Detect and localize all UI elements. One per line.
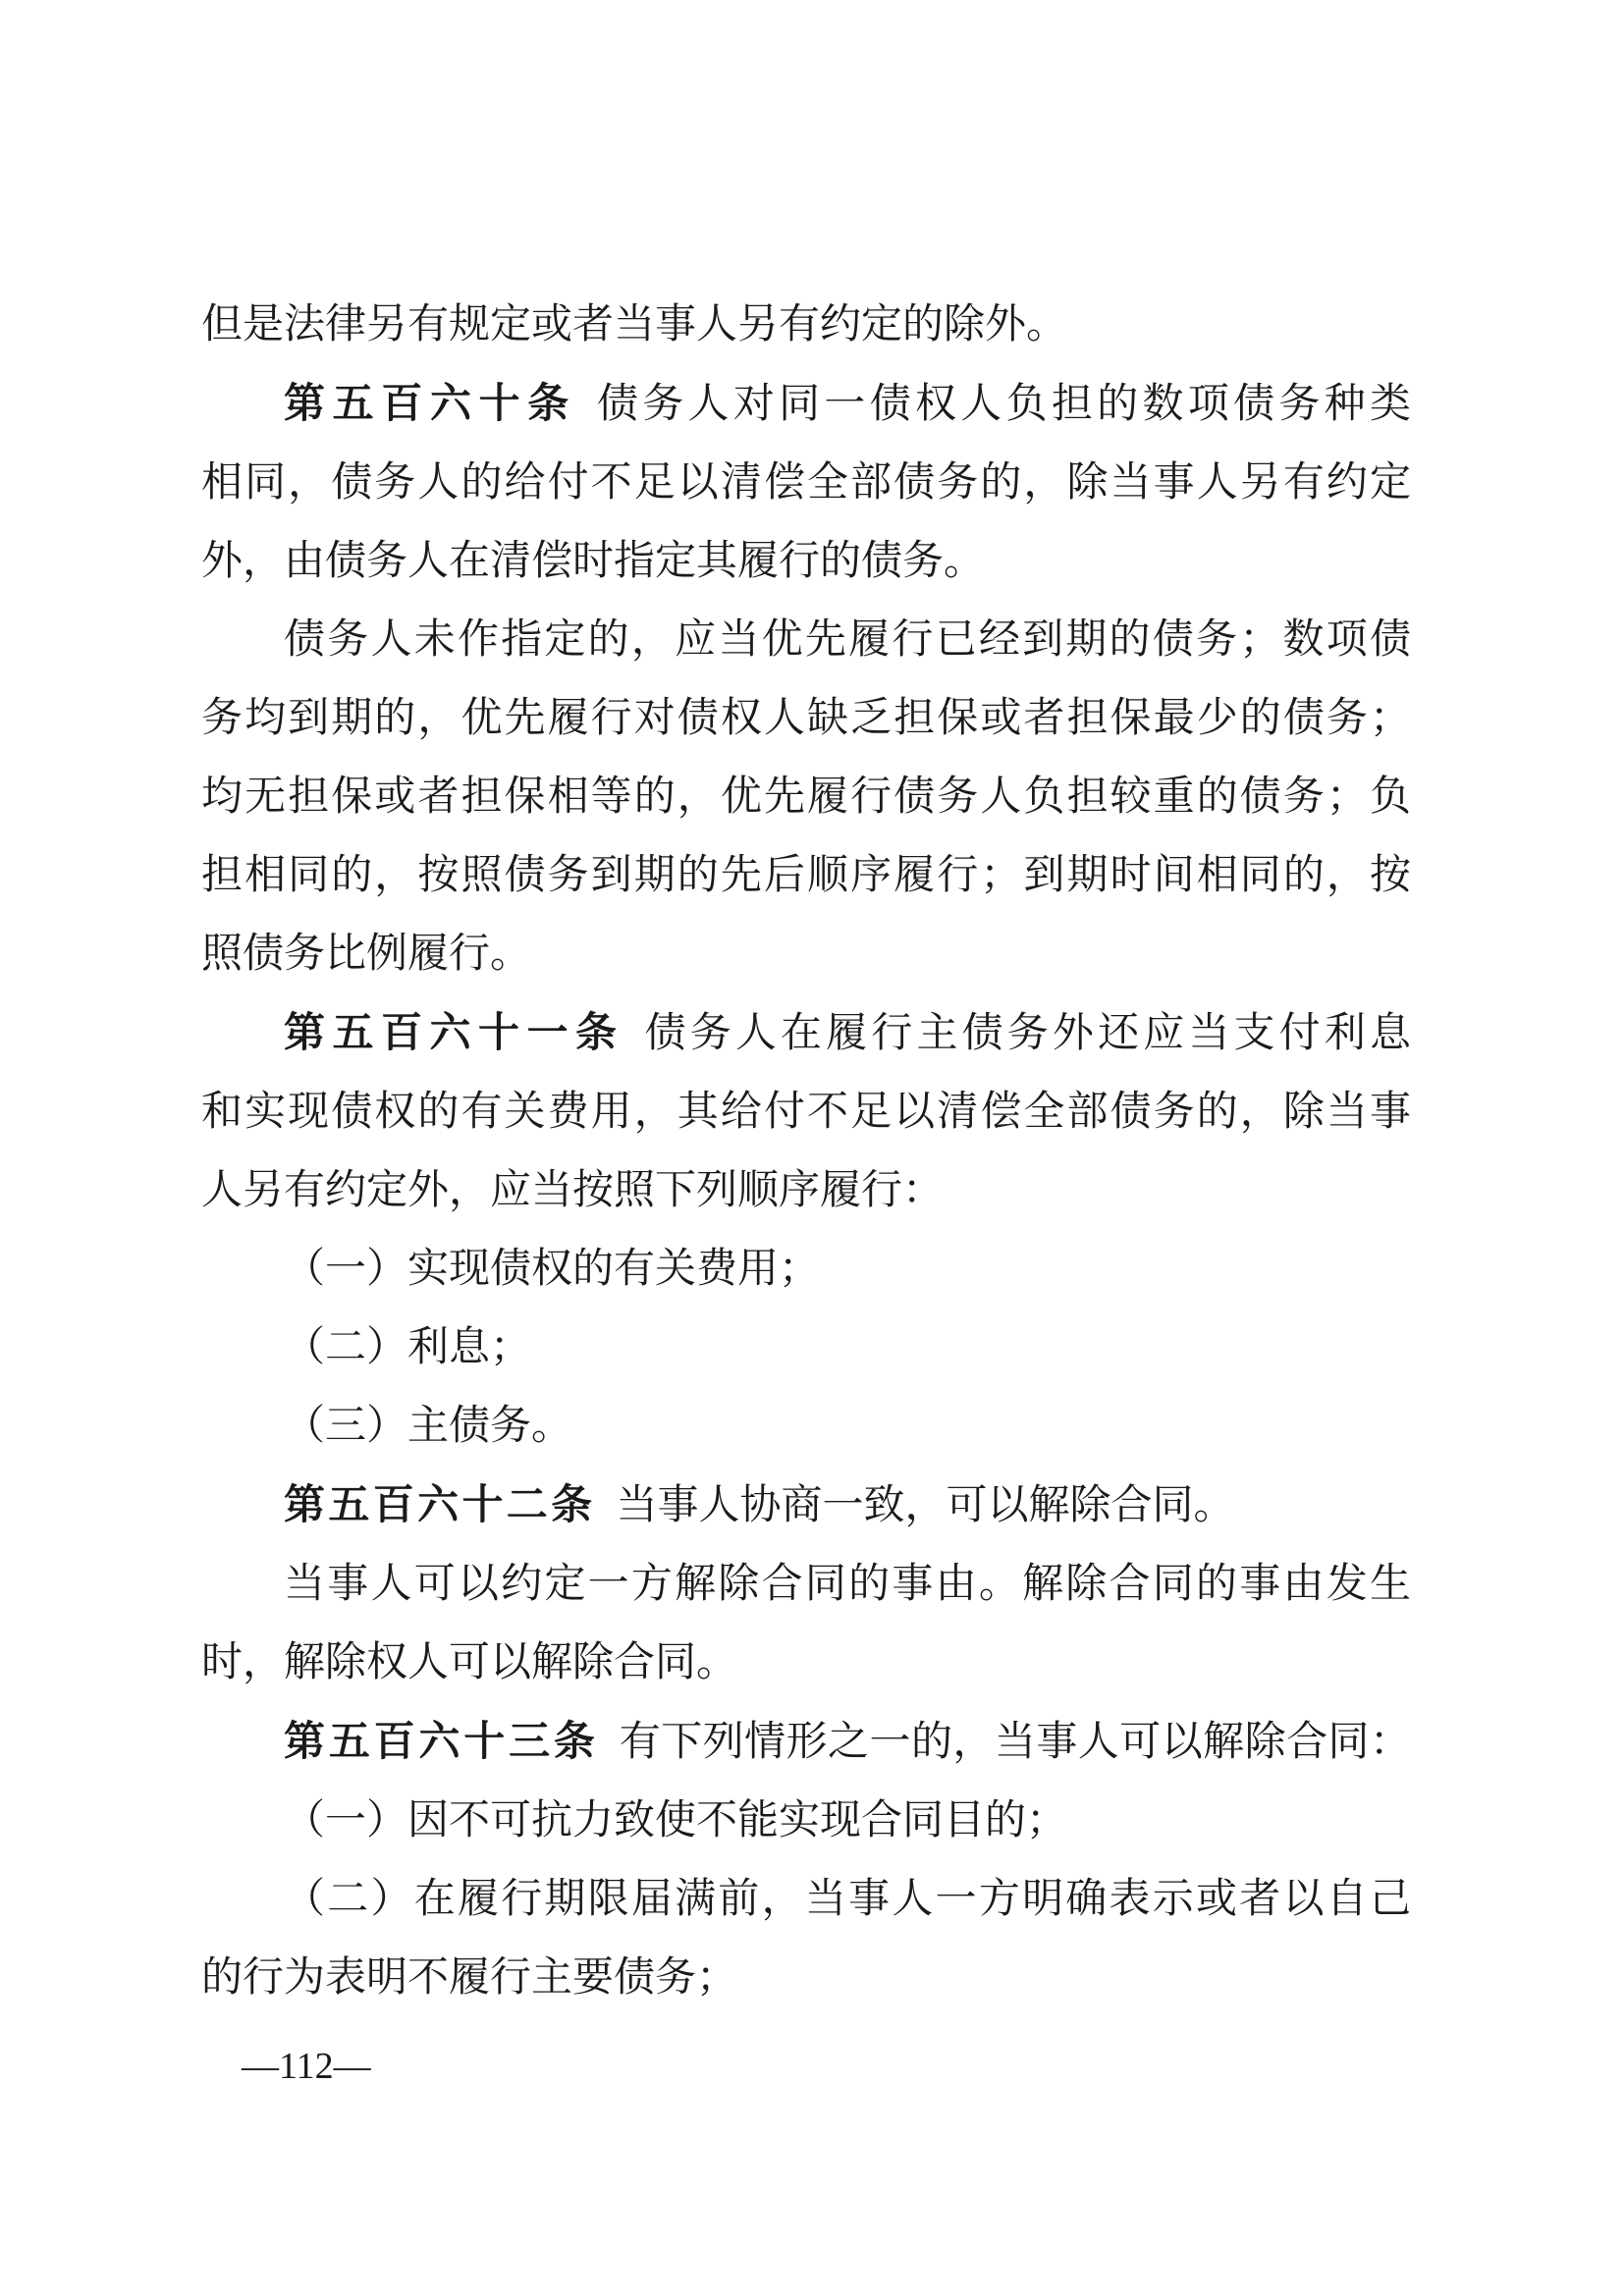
- line-text: 务均到期的，优先履行对债权人缺乏担保或者担保最少的债务；: [201, 696, 1411, 741]
- line-text: 相同，债务人的给付不足以清偿全部债务的，除当事人另有约定: [201, 460, 1411, 506]
- text-line: （一）实现债权的有关费用；: [201, 1230, 1411, 1308]
- article-number: 第五百六十一条: [284, 1009, 624, 1055]
- line-text: 人另有约定外，应当按照下列顺序履行：: [201, 1168, 944, 1213]
- scanned-document-page: { "page": { "number_label": "—112—", "ba…: [0, 0, 1624, 2296]
- text-line: 第五百六十一条债务人在履行主债务外还应当支付利息: [201, 993, 1411, 1073]
- text-line: 时，解除权人可以解除合同。: [201, 1624, 1411, 1702]
- article-number: 第五百六十三条: [284, 1718, 599, 1764]
- document-body: 但是法律另有规定或者当事人另有约定的除外。第五百六十条债务人对同一债权人负担的数…: [201, 286, 1411, 2017]
- line-text: 当事人协商一致，可以解除合同。: [617, 1483, 1235, 1528]
- text-line: 第五百六十条债务人对同一债权人负担的数项债务种类: [201, 364, 1411, 444]
- line-text: 照债务比例履行。: [201, 932, 531, 977]
- text-line: （二）在履行期限届满前，当事人一方明确表示或者以自己: [201, 1860, 1411, 1939]
- text-line: 的行为表明不履行主要债务；: [201, 1939, 1411, 2017]
- line-text: （一）实现债权的有关费用；: [284, 1247, 820, 1292]
- line-text: 外，由债务人在清偿时指定其履行的债务。: [201, 539, 985, 584]
- line-text: （一）因不可抗力致使不能实现合同目的；: [284, 1798, 1067, 1843]
- line-text: （二）利息；: [284, 1325, 531, 1370]
- line-text: 时，解除权人可以解除合同。: [201, 1640, 737, 1685]
- text-line: 均无担保或者担保相等的，优先履行债务人负担较重的债务；负: [201, 758, 1411, 836]
- line-text: 和实现债权的有关费用，其给付不足以清偿全部债务的，除当事: [201, 1090, 1411, 1135]
- text-line: （二）利息；: [201, 1308, 1411, 1387]
- text-line: （一）因不可抗力致使不能实现合同目的；: [201, 1782, 1411, 1860]
- text-line: 担相同的，按照债务到期的先后顺序履行；到期时间相同的，按: [201, 836, 1411, 915]
- article-number: 第五百六十二条: [284, 1481, 596, 1527]
- line-text: 有下列情形之一的，当事人可以解除合同：: [620, 1720, 1411, 1765]
- line-text: 当事人可以约定一方解除合同的事由。解除合同的事由发生: [284, 1562, 1411, 1607]
- line-text: （三）主债务。: [284, 1404, 572, 1449]
- line-text: 的行为表明不履行主要债务；: [201, 1955, 737, 2001]
- text-line: 当事人可以约定一方解除合同的事由。解除合同的事由发生: [201, 1545, 1411, 1624]
- line-text: 债务人对同一债权人负担的数项债务种类: [597, 382, 1411, 427]
- document-page: 但是法律另有规定或者当事人另有约定的除外。第五百六十条债务人对同一债权人负担的数…: [0, 0, 1624, 2296]
- line-text: 均无担保或者担保相等的，优先履行债务人负担较重的债务；负: [201, 774, 1411, 820]
- text-line: 第五百六十二条当事人协商一致，可以解除合同。: [201, 1466, 1411, 1545]
- text-line: 外，由债务人在清偿时指定其履行的债务。: [201, 522, 1411, 601]
- line-text: （二）在履行期限届满前，当事人一方明确表示或者以自己: [284, 1877, 1411, 1922]
- text-line: 但是法律另有规定或者当事人另有约定的除外。: [201, 286, 1411, 364]
- text-line: （三）主债务。: [201, 1387, 1411, 1466]
- article-number: 第五百六十条: [284, 380, 576, 426]
- line-text: 债务人在履行主债务外还应当支付利息: [645, 1011, 1411, 1056]
- line-text: 担相同的，按照债务到期的先后顺序履行；到期时间相同的，按: [201, 853, 1411, 898]
- text-line: 照债务比例履行。: [201, 915, 1411, 993]
- text-line: 债务人未作指定的，应当优先履行已经到期的债务；数项债: [201, 601, 1411, 679]
- text-line: 相同，债务人的给付不足以清偿全部债务的，除当事人另有约定: [201, 444, 1411, 522]
- text-line: 和实现债权的有关费用，其给付不足以清偿全部债务的，除当事: [201, 1073, 1411, 1151]
- line-text: 但是法律另有规定或者当事人另有约定的除外。: [201, 302, 1067, 347]
- line-text: 债务人未作指定的，应当优先履行已经到期的债务；数项债: [284, 617, 1411, 663]
- text-line: 第五百六十三条有下列情形之一的，当事人可以解除合同：: [201, 1702, 1411, 1782]
- text-line: 人另有约定外，应当按照下列顺序履行：: [201, 1151, 1411, 1230]
- page-number: —112—: [242, 2048, 371, 2085]
- text-line: 务均到期的，优先履行对债权人缺乏担保或者担保最少的债务；: [201, 679, 1411, 758]
